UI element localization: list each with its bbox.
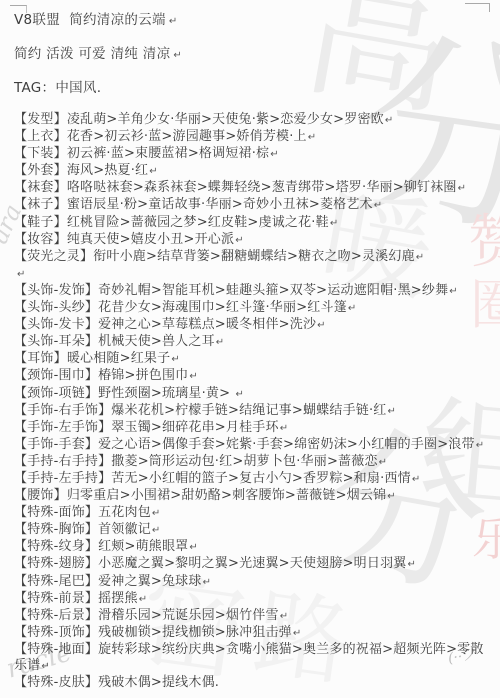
slot-items: 滑稽乐园>荒诞乐园>烟竹伴雪: [98, 608, 279, 623]
outfit-line: 【手持-右手持】撒菱>筒形运动包·红>胡萝卜包·华丽>蔷薇恋↵: [14, 454, 486, 471]
eol-mark: ↵: [374, 200, 383, 211]
slot-label: 【荧光之灵】: [14, 249, 93, 264]
slot-label: 【颈饰-围巾】: [14, 368, 98, 383]
outfit-line: 【颈饰-围巾】椿锦>拼色围巾↵: [14, 368, 486, 385]
outfit-line: 【发型】凌乱萌>羊角少女·华丽>天使兔·紫>恋爱少女>罗密欧↵: [14, 112, 486, 129]
slot-label: 【袜套】: [14, 180, 67, 195]
document-title: V8联盟 简约清凉的云端: [14, 12, 166, 28]
slot-label: 【手持-右手持】: [14, 454, 111, 469]
slot-items: 撒菱>筒形运动包·红>胡萝卜包·华丽>蔷薇恋: [111, 454, 377, 469]
eol-mark: ↵: [388, 406, 397, 417]
style-tags: 简约 活泼 可爱 清纯 清凉: [14, 46, 170, 62]
eol-mark: ↵: [216, 337, 225, 348]
eol-mark: ↵: [189, 371, 198, 382]
slot-items: 暖心相随>红果子: [67, 351, 171, 366]
slot-label: 【头饰-头纱】: [14, 300, 98, 315]
document-body: V8联盟 简约清凉的云端↵ 简约 活泼 可爱 清纯 清凉↵ TAG：中国风. 【…: [14, 12, 486, 691]
eol-mark: ↵: [152, 525, 161, 536]
slot-label: 【特殊-地面】: [14, 642, 98, 657]
slot-label: 【手持-左手持】: [14, 471, 111, 486]
outfit-line: 【头饰-耳朵】机械天使>兽人之耳↵: [14, 334, 486, 351]
slot-label: 【特殊-纹身】: [14, 539, 98, 554]
slot-label: 【头饰-发卡】: [14, 317, 98, 332]
slot-items: 衔叶小鹿>结草背篓>翻糖蝴蝶结>糖衣之吻>灵溪幻鹿: [93, 249, 415, 264]
outfit-line: 【耳饰】暖心相随>红果子↵: [14, 351, 486, 368]
eol-mark: ↵: [173, 50, 182, 61]
eol-mark: ↵: [152, 508, 161, 519]
slot-items: 椿锦>拼色围巾: [98, 368, 188, 383]
blank-line: ↵: [14, 266, 486, 283]
slot-label: 【特殊-皮肤】: [14, 675, 98, 690]
document-page: { "page": { "header_title": "V8联盟 简约清凉的云…: [0, 0, 500, 698]
slot-label: 【鞋子】: [14, 215, 67, 230]
outfit-line: 【上衣】花香>初云衫·蓝>游园趣事>娇俏芳模·上↵: [14, 129, 486, 146]
slot-label: 【特殊-后景】: [14, 608, 98, 623]
slot-items: 纯真天使>嬉皮小丑>开心派: [67, 232, 234, 247]
slot-label: 【外套】: [14, 163, 67, 178]
tag-text: TAG：中国风.: [14, 80, 101, 96]
slot-items: 五花肉包: [98, 505, 151, 520]
slot-items: 初云裤·蓝>束腰蓝裙>格调短裙·棕: [67, 146, 269, 161]
outfit-line: 【颈饰-项链】野性颈圈>琉璃星·黄> ↵: [14, 386, 486, 403]
eol-mark: ↵: [189, 542, 198, 553]
slot-items: 苦无>小红帽的篮子>复古小勺>香罗粽>和扇·西情: [111, 471, 411, 486]
slot-label: 【上衣】: [14, 129, 67, 144]
eol-mark: ↵: [149, 166, 158, 177]
slot-label: 【特殊-胸饰】: [14, 522, 98, 537]
slot-label: 【发型】: [14, 112, 67, 127]
outfit-line: 【特殊-面饰】五花肉包↵: [14, 505, 486, 522]
eol-mark: ↵: [235, 235, 244, 246]
outfit-line: 【荧光之灵】衔叶小鹿>结草背篓>翻糖蝴蝶结>糖衣之吻>灵溪幻鹿↵: [14, 249, 486, 266]
slot-label: 【颈饰-项链】: [14, 386, 98, 401]
outfit-list: 【发型】凌乱萌>羊角少女·华丽>天使兔·紫>恋爱少女>罗密欧↵【上衣】花香>初云…: [14, 112, 486, 691]
eol-mark: ↵: [203, 577, 212, 588]
eol-mark: ↵: [280, 423, 289, 434]
eol-mark: ↵: [412, 474, 421, 485]
outfit-line: 【手持-左手持】苦无>小红帽的篮子>复古小勺>香罗粽>和扇·西情↵: [14, 471, 486, 488]
slot-items: 摇摆熊: [98, 591, 138, 606]
eol-mark: ↵: [171, 354, 180, 365]
slot-label: 【袜子】: [14, 197, 67, 212]
outfit-line: 【头饰-发卡】爱神之心>草莓糕点>暖冬相伴>洗沙↵: [14, 317, 486, 334]
document-title-line: V8联盟 简约清凉的云端↵: [14, 12, 486, 30]
slot-items: 红桃冒险>蔷薇园之梦>红皮鞋>虔诚之花·鞋: [67, 215, 329, 230]
eol-mark: ↵: [41, 661, 50, 672]
outfit-line: 【手饰-手套】爱之心语>偶像手套>姹紫·手套>绵密奶沫>小红帽的手圈>浪带↵: [14, 437, 486, 454]
outfit-line: 【特殊-皮肤】残破木偶>提线木偶.: [14, 675, 486, 691]
slot-label: 【妆容】: [14, 232, 67, 247]
eol-mark: ↵: [416, 252, 425, 263]
slot-items: 咯咯哒袜套>森系袜套>蝶舞轻绕>葱青绑带>塔罗·华丽>铆钉袜圈: [67, 180, 457, 195]
slot-items: 蜜语辰星·粉>童话故事·华丽>奇妙小丑袜>菱格艺术: [67, 197, 373, 212]
eol-mark: ↵: [330, 218, 339, 229]
slot-items: 残破木偶>提线木偶.: [98, 675, 219, 690]
slot-label: 【手饰-左手饰】: [14, 420, 111, 435]
slot-items: 翠玉镯>细碎花串>月桂手环: [111, 420, 278, 435]
slot-items: 海风>热夏·红: [67, 163, 148, 178]
slot-label: 【耳饰】: [14, 351, 67, 366]
slot-items: 首领徽记: [98, 522, 151, 537]
outfit-line: 【手饰-左手饰】翠玉镯>细碎花串>月桂手环↵: [14, 420, 486, 437]
eol-mark: ↵: [317, 320, 326, 331]
slot-label: 【特殊-面饰】: [14, 505, 98, 520]
slot-items: 爱之心语>偶像手套>姹紫·手套>绵密奶沫>小红帽的手圈>浪带: [98, 437, 475, 452]
outfit-line: 【鞋子】红桃冒险>蔷薇园之梦>红皮鞋>虔诚之花·鞋↵: [14, 215, 486, 232]
eol-mark: ↵: [449, 286, 458, 297]
outfit-line: 【腰饰】归零重启>小围裙>甜奶酪>刺客腰饰>蔷薇链>烟云锦↵: [14, 488, 486, 505]
slot-items: 爱神之心>草莓糕点>暖冬相伴>洗沙: [98, 317, 316, 332]
outfit-line: 【下装】初云裤·蓝>束腰蓝裙>格调短裙·棕↵: [14, 146, 486, 163]
slot-label: 【特殊-前景】: [14, 591, 98, 606]
slot-items: 红颊>萌熊眼罩: [98, 539, 188, 554]
outfit-line: 【特殊-前景】摇摆熊↵: [14, 591, 486, 608]
slot-items: 花昔少女>海魂围巾>红斗篷·华丽>红斗篷: [98, 300, 347, 315]
slot-label: 【特殊-顶饰】: [14, 625, 98, 640]
eol-mark: ↵: [458, 183, 467, 194]
slot-items: 小恶魔之翼>黎明之翼>光速翼>天使翅膀>明日羽翼: [98, 556, 406, 571]
outfit-line: 【头饰-头纱】花昔少女>海魂围巾>红斗篷·华丽>红斗篷↵: [14, 300, 486, 317]
slot-label: 【下装】: [14, 146, 67, 161]
slot-label: 【腰饰】: [14, 488, 67, 503]
slot-label: 【特殊-尾巴】: [14, 574, 98, 589]
outfit-line: 【袜套】咯咯哒袜套>森系袜套>蝶舞轻绕>葱青绑带>塔罗·华丽>铆钉袜圈↵: [14, 180, 486, 197]
eol-mark: ↵: [293, 628, 302, 639]
slot-label: 【手饰-手套】: [14, 437, 98, 452]
eol-mark: ↵: [379, 457, 388, 468]
outfit-line: 【特殊-翅膀】小恶魔之翼>黎明之翼>光速翼>天使翅膀>明日羽翼↵: [14, 556, 486, 573]
outfit-line: 【袜子】蜜语辰星·粉>童话故事·华丽>奇妙小丑袜>菱格艺术↵: [14, 197, 486, 214]
outfit-line: 【外套】海风>热夏·红↵: [14, 163, 486, 180]
eol-mark: ↵: [270, 149, 279, 160]
slot-items: 奇妙礼帽>智能耳机>蛙趣头箍>双苓>运动遮阳帽·黑>纱舞: [98, 283, 448, 298]
outfit-line: 【特殊-地面】旋转彩球>缤纷庆典>贪嘴小熊猫>奥兰多的祝福>超频光阵>零散乐谱↵: [14, 642, 486, 675]
outfit-line: 【特殊-后景】滑稽乐园>荒诞乐园>烟竹伴雪↵: [14, 608, 486, 625]
eol-mark: ↵: [308, 132, 317, 143]
corner-mark-right: [465, 3, 490, 12]
slot-label: 【头饰-耳朵】: [14, 334, 98, 349]
eol-mark: ↵: [236, 389, 245, 400]
style-tags-line: 简约 活泼 可爱 清纯 清凉↵: [14, 46, 486, 64]
eol-mark: ↵: [476, 440, 485, 451]
slot-label: 【头饰-发饰】: [14, 283, 98, 298]
slot-items: 爆米花机>柠檬手链>结绳记事>蝴蝶结手链·红: [111, 403, 386, 418]
eol-mark: ↵: [385, 115, 394, 126]
eol-mark: ↵: [387, 491, 396, 502]
slot-items: 花香>初云衫·蓝>游园趣事>娇俏芳模·上: [67, 129, 307, 144]
eol-mark: ↵: [139, 594, 148, 605]
tag-line: TAG：中国风.: [14, 80, 486, 96]
slot-items: 野性颈圈>琉璃星·黄>: [98, 386, 234, 401]
eol-mark: ↵: [407, 559, 416, 570]
eol-mark: ↵: [348, 303, 357, 314]
outfit-line: 【特殊-顶饰】残破枷锁>提线枷锁>脉冲狙击弹↵: [14, 625, 486, 642]
slot-label: 【特殊-翅膀】: [14, 556, 98, 571]
slot-label: 【手饰-右手饰】: [14, 403, 111, 418]
slot-items: 凌乱萌>羊角少女·华丽>天使兔·紫>恋爱少女>罗密欧: [67, 112, 384, 127]
outfit-line: 【特殊-尾巴】爱神之翼>兔球球↵: [14, 574, 486, 591]
slot-items: 爱神之翼>兔球球: [98, 574, 202, 589]
slot-items: 残破枷锁>提线枷锁>脉冲狙击弹: [98, 625, 292, 640]
slot-items: 归零重启>小围裙>甜奶酪>刺客腰饰>蔷薇链>烟云锦: [67, 488, 386, 503]
slot-items: 机械天使>兽人之耳: [98, 334, 215, 349]
outfit-line: 【头饰-发饰】奇妙礼帽>智能耳机>蛙趣头箍>双苓>运动遮阳帽·黑>纱舞↵: [14, 283, 486, 300]
outfit-line: 【妆容】纯真天使>嬉皮小丑>开心派↵: [14, 232, 486, 249]
eol-mark: ↵: [17, 269, 26, 280]
eol-mark: ↵: [280, 611, 289, 622]
outfit-line: 【手饰-右手饰】爆米花机>柠檬手链>结绳记事>蝴蝶结手链·红↵: [14, 403, 486, 420]
outfit-line: 【特殊-纹身】红颊>萌熊眼罩↵: [14, 539, 486, 556]
outfit-line: 【特殊-胸饰】首领徽记↵: [14, 522, 486, 539]
eol-mark: ↵: [169, 16, 178, 27]
